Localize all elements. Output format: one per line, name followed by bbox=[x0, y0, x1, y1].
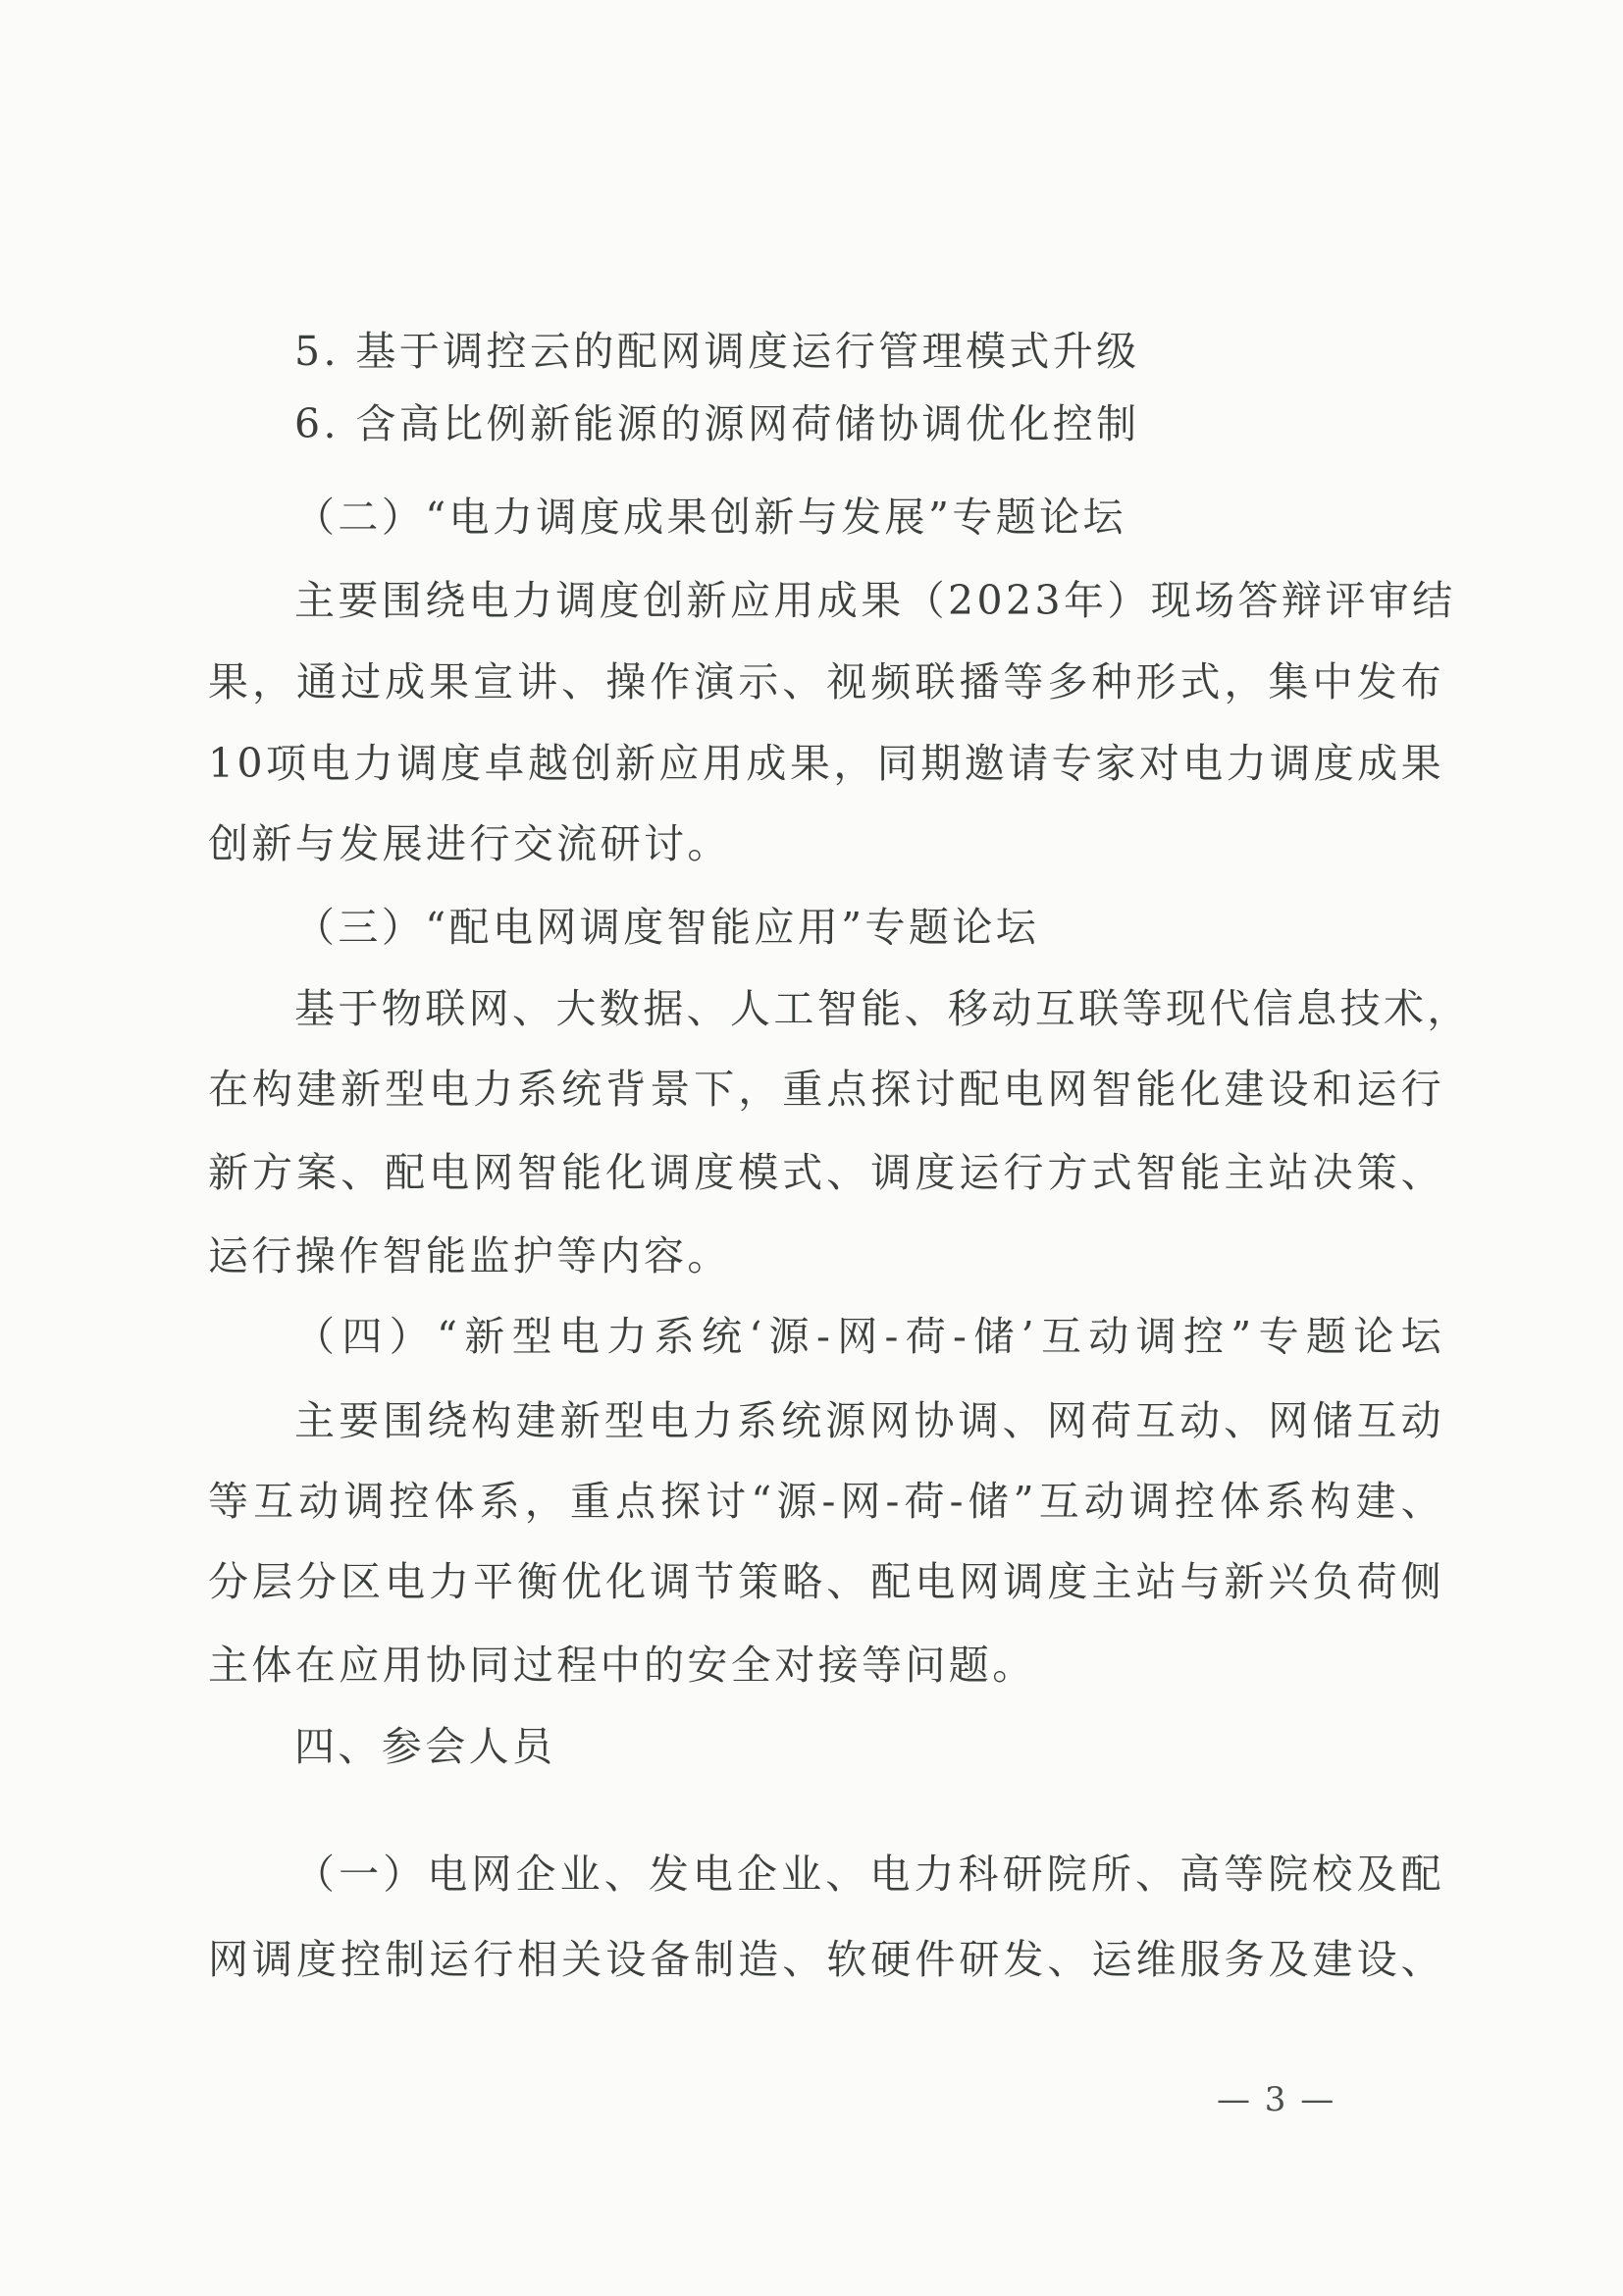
list-item-topic-6: 6. 含高比例新能源的源网荷储协调优化控制 bbox=[294, 394, 1444, 453]
paragraph-line: 果，通过成果宣讲、操作演示、视频联播等多种形式，集中发布 bbox=[208, 652, 1444, 711]
section-heading-forum-3: （三）“配电网调度智能应用”专题论坛 bbox=[294, 898, 1531, 957]
paragraph-line: 等互动调控体系，重点探讨“源-网-荷-储”互动调控体系构建、 bbox=[208, 1472, 1444, 1531]
paragraph-line: 主要围绕电力调度创新应用成果（2023年）现场答辩评审结 bbox=[294, 571, 1444, 630]
paragraph-line: 运行操作智能监护等内容。 bbox=[208, 1226, 1444, 1285]
paragraph-line: 创新与发展进行交流研讨。 bbox=[208, 814, 1444, 873]
section-heading-attendees: 四、参会人员 bbox=[294, 1717, 1531, 1776]
list-item-topic-5: 5. 基于调控云的配网调度运行管理模式升级 bbox=[294, 322, 1444, 381]
section-heading-forum-4: （四）“新型电力系统‘源-网-荷-储’互动调控”专题论坛 bbox=[294, 1307, 1444, 1366]
paragraph-line: 分层分区电力平衡优化调节策略、配电网调度主站与新兴负荷侧 bbox=[208, 1552, 1444, 1611]
paragraph-line: 10项电力调度卓越创新应用成果，同期邀请专家对电力调度成果 bbox=[208, 734, 1444, 793]
paragraph-line: 新方案、配电网智能化调度模式、调度运行方式智能主站决策、 bbox=[208, 1143, 1444, 1202]
section-heading-forum-2: （二）“电力调度成果创新与发展”专题论坛 bbox=[294, 488, 1531, 547]
paragraph-line: （一）电网企业、发电企业、电力科研院所、高等院校及配 bbox=[294, 1845, 1444, 1904]
page-number: — 3 — bbox=[1217, 2078, 1335, 2121]
paragraph-line: 主体在应用协同过程中的安全对接等问题。 bbox=[208, 1636, 1444, 1695]
paragraph-line: 主要围绕构建新型电力系统源网协调、网荷互动、网储互动 bbox=[294, 1391, 1444, 1450]
paragraph-line: 网调度控制运行相关设备制造、软硬件研发、运维服务及建设、 bbox=[208, 1930, 1444, 1989]
paragraph-line: 在构建新型电力系统背景下，重点探讨配电网智能化建设和运行 bbox=[208, 1060, 1444, 1119]
document-page: 5. 基于调控云的配网调度运行管理模式升级 6. 含高比例新能源的源网荷储协调优… bbox=[0, 0, 1623, 2296]
paragraph-line: 基于物联网、大数据、人工智能、移动互联等现代信息技术， bbox=[294, 979, 1444, 1038]
